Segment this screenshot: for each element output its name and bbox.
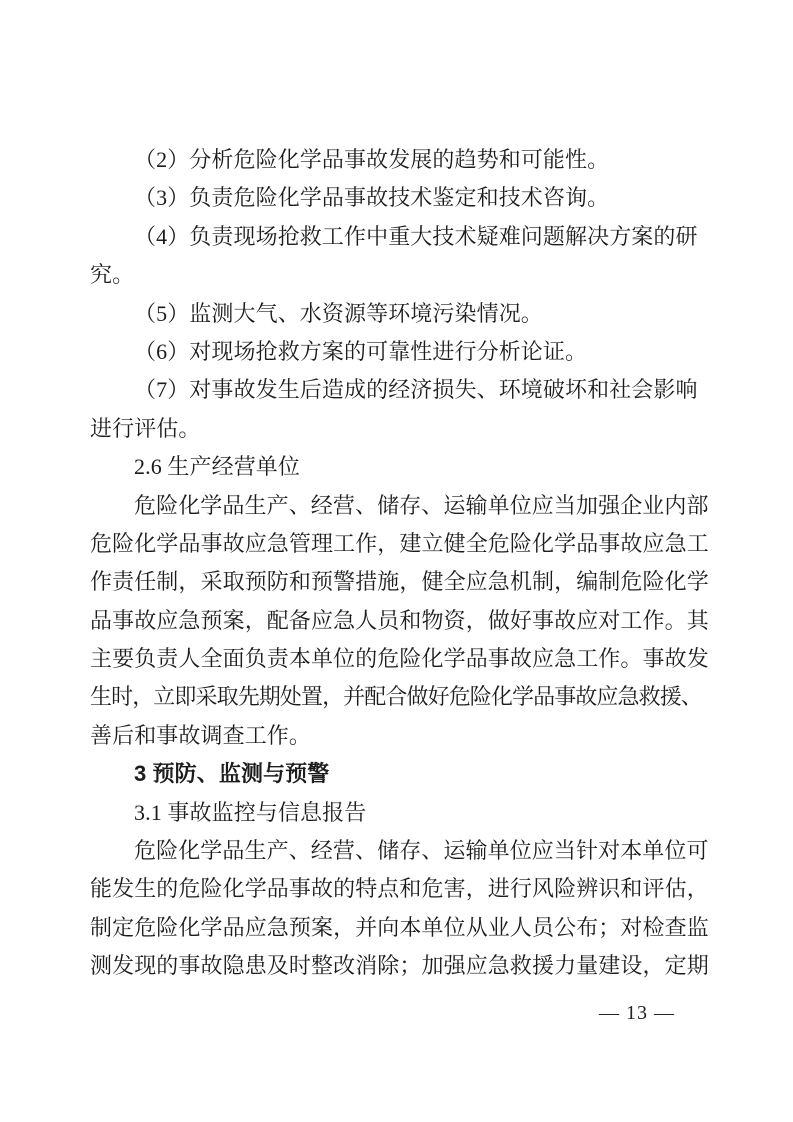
list-item-3: （3）负责危险化学品事故技术鉴定和技术咨询。 [90, 179, 712, 217]
section-heading-3: 3 预防、监测与预警 [90, 755, 712, 793]
paragraph-2-6-l7: 善后和事故调查工作。 [90, 717, 712, 755]
paragraph-2-6-l4: 品事故应急预案，配备应急人员和物资，做好事故应对工作。其 [90, 602, 712, 640]
list-item-7: （7）对事故发生后造成的经济损失、环境破坏和社会影响 [90, 371, 712, 409]
section-heading-2-6: 2.6 生产经营单位 [90, 448, 712, 486]
paragraph-3-1-l3: 制定危险化学品应急预案，并向本单位从业人员公布；对检查监 [90, 909, 712, 947]
paragraph-3-1-l4: 测发现的事故隐患及时整改消除；加强应急救援力量建设，定期 [90, 947, 712, 985]
document-body: （2）分析危险化学品事故发展的趋势和可能性。（3）负责危险化学品事故技术鉴定和技… [90, 141, 712, 986]
document-page: （2）分析危险化学品事故发展的趋势和可能性。（3）负责危险化学品事故技术鉴定和技… [0, 0, 793, 1122]
page-number: — 13 — [599, 1000, 675, 1026]
paragraph-2-6-l5: 主要负责人全面负责本单位的危险化学品事故应急工作。事故发 [90, 640, 712, 678]
list-item-6: （6）对现场抢救方案的可靠性进行分析论证。 [90, 333, 712, 371]
list-item-2: （2）分析危险化学品事故发展的趋势和可能性。 [90, 141, 712, 179]
paragraph-3-1-l1: 危险化学品生产、经营、储存、运输单位应当针对本单位可 [90, 832, 712, 870]
paragraph-2-6-l1: 危险化学品生产、经营、储存、运输单位应当加强企业内部 [90, 487, 712, 525]
paragraph-2-6-l3: 作责任制，采取预防和预警措施，健全应急机制，编制危险化学 [90, 563, 712, 601]
list-item-4: （4）负责现场抢救工作中重大技术疑难问题解决方案的研 [90, 218, 712, 256]
list-item-5: （5）监测大气、水资源等环境污染情况。 [90, 295, 712, 333]
paragraph-3-1-l2: 能发生的危险化学品事故的特点和危害，进行风险辨识和评估， [90, 870, 712, 908]
paragraph-2-6-l2: 危险化学品事故应急管理工作，建立健全危险化学品事故应急工 [90, 525, 712, 563]
list-item-4-cont: 究。 [90, 256, 712, 294]
page-number-text: — 13 — [599, 1002, 675, 1024]
paragraph-2-6-l6: 生时，立即采取先期处置，并配合做好危险化学品事故应急救援、 [90, 678, 712, 716]
section-heading-3-1: 3.1 事故监控与信息报告 [90, 794, 712, 832]
list-item-7-cont: 进行评估。 [90, 410, 712, 448]
